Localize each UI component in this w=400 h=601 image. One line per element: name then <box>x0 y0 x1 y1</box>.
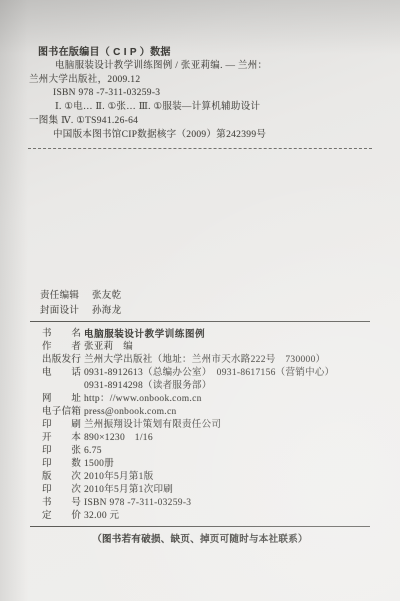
price-value: 32.00 元 <box>84 510 119 523</box>
colophon-value: 兰州大学出版社（地址：兰州市天水路222号 730000） <box>84 354 325 367</box>
credits-block: 责任编辑 张友乾 封面设计 孙海龙 <box>40 289 121 319</box>
colophon-label: 印 刷 <box>42 419 84 432</box>
credits-row: 封面设计 孙海龙 <box>40 304 121 319</box>
colophon-row: 书 名 电脑服装设计教学训练图例 <box>42 328 372 341</box>
colophon-value: 1500册 <box>84 458 114 471</box>
cip-block: 图书在版编目（ C I P ）数据 电脑服装设计教学训练图例 / 张亚莉编. —… <box>29 46 374 143</box>
colophon-row: 网 址 http：//www.onbook.com.cn <box>42 393 372 406</box>
book-title: 电脑服装设计教学训练图例 <box>84 328 205 341</box>
divider-bottom <box>30 526 370 527</box>
website-url: http：//www.onbook.com.cn <box>84 393 202 406</box>
colophon-label: 定 价 <box>42 510 84 523</box>
cip-title: 图书在版编目（ C I P ）数据 <box>29 46 374 60</box>
colophon-label: 印 次 <box>42 484 84 497</box>
colophon-row: 出版发行 兰州大学出版社（地址：兰州市天水路222号 730000） <box>42 354 372 367</box>
colophon-row: 版 次 2010年5月第1版 <box>42 471 372 484</box>
colophon-value: 张亚莉 编 <box>84 341 133 354</box>
colophon-value: 6.75 <box>84 445 102 458</box>
credits-label: 责任编辑 <box>40 289 92 304</box>
colophon-row: 作 者 张亚莉 编 <box>42 341 372 354</box>
cip-line: ISBN 978 -7-311-03259-3 <box>29 87 374 101</box>
colophon-label: 作 者 <box>42 341 84 354</box>
colophon-label: 电子信箱 <box>42 406 84 419</box>
colophon-value: 2010年5月第1次印刷 <box>84 484 173 497</box>
colophon-label: 网 址 <box>42 393 84 406</box>
email-address: press@onbook.com.cn <box>84 406 177 419</box>
cip-line: 兰州大学出版社，2009.12 <box>29 74 374 88</box>
colophon-label: 出版发行 <box>42 354 84 367</box>
colophon-label: 书 名 <box>42 328 84 341</box>
cip-line: 中国版本图书馆CIP数据核字（2009）第242399号 <box>29 129 374 143</box>
credits-row: 责任编辑 张友乾 <box>40 289 121 304</box>
dashed-divider <box>28 148 372 149</box>
colophon-row: 电 话 0931-8912613（总编办公室） 0931-8617156（营销中… <box>42 367 372 380</box>
colophon-row: 电子信箱 press@onbook.com.cn <box>42 406 372 419</box>
colophon-label: 开 本 <box>42 432 84 445</box>
colophon-row: 印 数 1500册 <box>42 458 372 471</box>
credits-label: 封面设计 <box>40 304 92 319</box>
colophon-label: 印 张 <box>42 445 84 458</box>
colophon-row: 定 价 32.00 元 <box>42 510 372 523</box>
colophon-value: 0931-8912613（总编办公室） 0931-8617156（营销中心） <box>84 367 334 380</box>
cip-line: 一图集 Ⅳ. ①TS941.26-64 <box>29 115 374 129</box>
colophon-row: 0931-8914298（读者服务部） <box>42 380 372 393</box>
isbn-number: ISBN 978 -7-311-03259-3 <box>84 497 191 510</box>
colophon-label: 印 数 <box>42 458 84 471</box>
credits-value: 孙海龙 <box>92 304 121 319</box>
colophon-block: 书 名 电脑服装设计教学训练图例 作 者 张亚莉 编 出版发行 兰州大学出版社（… <box>42 328 372 523</box>
colophon-value: 兰州振翔设计策划有限责任公司 <box>84 419 221 432</box>
colophon-value: 2010年5月第1版 <box>84 471 154 484</box>
colophon-row: 印 次 2010年5月第1次印刷 <box>42 484 372 497</box>
book-copyright-page: 图书在版编目（ C I P ）数据 电脑服装设计教学训练图例 / 张亚莉编. —… <box>0 0 400 601</box>
cip-line: Ⅰ. ①电… Ⅱ. ①张… Ⅲ. ①服装—计算机辅助设计 <box>29 101 374 115</box>
colophon-label: 版 次 <box>42 471 84 484</box>
colophon-label: 书 号 <box>42 497 84 510</box>
colophon-value: 890×1230 1/16 <box>84 432 153 445</box>
colophon-label <box>42 380 84 393</box>
colophon-row: 印 刷 兰州振翔设计策划有限责任公司 <box>42 419 372 432</box>
colophon-label: 电 话 <box>42 367 84 380</box>
colophon-row: 书 号 ISBN 978 -7-311-03259-3 <box>42 497 372 510</box>
divider-top <box>30 321 370 322</box>
cip-line: 电脑服装设计教学训练图例 / 张亚莉编. — 兰州： <box>29 60 374 74</box>
colophon-row: 印 张 6.75 <box>42 445 372 458</box>
colophon-value: 0931-8914298（读者服务部） <box>84 380 212 393</box>
footer-note: （图书若有破损、缺页、掉页可随时与本社联系） <box>0 531 400 545</box>
colophon-row: 开 本 890×1230 1/16 <box>42 432 372 445</box>
credits-value: 张友乾 <box>92 289 121 304</box>
